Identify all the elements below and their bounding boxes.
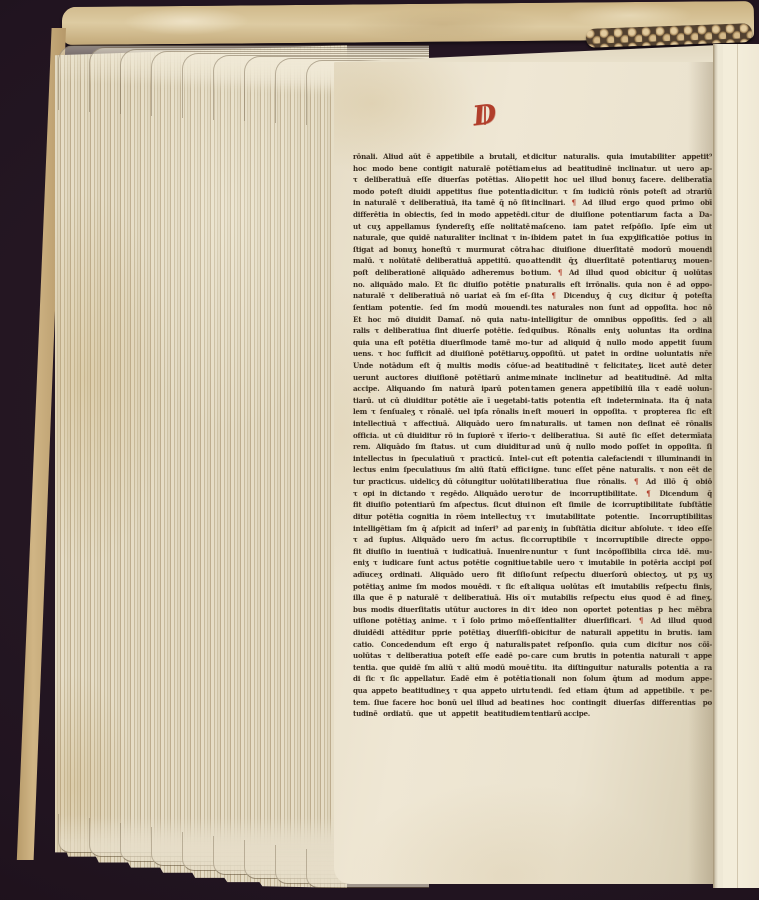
text-line: maſceno. iam patet reſpōſio. Ipſe eīm ut	[531, 222, 712, 234]
text-line: aliqua uolūtas eſt imutabilis reſpectu f…	[531, 582, 712, 594]
text-line: ibidem patet in ſua expʒlificatiōe potiu…	[531, 233, 712, 245]
book-photo: D rōnali. Aliud aūt ē appetibile a bruta…	[0, 0, 759, 900]
text-line: officia. ut cū diuiditur rō in ſupiorē τ…	[353, 431, 530, 443]
text-line: patet reſponſio. quia cum dicitur nos cō…	[531, 640, 712, 652]
text-column-left: rōnali. Aliud aūt ē appetibile a brutali…	[353, 152, 530, 721]
text-line: bus modis diuerſitatis utūtur auctores i…	[353, 605, 530, 617]
pilcrow-rubric: ¶	[639, 616, 643, 625]
text-line: liberatiua ſiue rōnalis. ¶ Ad illō q̄ ob…	[531, 477, 712, 489]
text-line: intellectiuā τ affectiuā. Aliquādo uero …	[353, 419, 530, 431]
text-line: τ ideo non oportet potentias p hec mēbra	[531, 605, 712, 617]
text-line: tem. ſiue facere hoc bonū uel illud ad b…	[353, 698, 530, 710]
text-line: tudinē ordiatū. que ut appetit beatitudi…	[353, 709, 530, 721]
text-line: uens. τ hoc ſufficit ad diuiſionē potēti…	[353, 349, 530, 361]
text-line: inclinari. ¶ Ad illud ergo quod primo ob…	[531, 198, 712, 210]
text-line: petit hoc uel illud bonuʒ facere. delibe…	[531, 175, 712, 187]
text-line: dicitur. τ ſm iudiciū rōnis poteſt ad ɔt…	[531, 187, 712, 199]
text-line: uiſione potētiaʒ anime. τ ī ſolo primo m…	[353, 616, 530, 628]
text-line: poſt deliberationē aliquādo adheremus bo	[353, 268, 530, 280]
text-line: cut eſt potentia calefaciendi τ illumina…	[531, 454, 712, 466]
text-line: tionali non ſolum q̄tum ad modum appe-	[531, 674, 712, 686]
text-line: tatis potentia eſt indeterminata. ita q̄…	[531, 396, 712, 408]
text-line: dicitur naturalis. quia imutabiliter app…	[531, 152, 712, 164]
text-line: eius ad beatitudinē inclinatur. ut uero …	[531, 164, 712, 176]
pilcrow-rubric: ¶	[572, 198, 576, 207]
text-line: tes naturales non ſunt ad oppoſita. hoc …	[531, 303, 712, 315]
text-line: titu. ita diſtinguitur naturalis potenti…	[531, 663, 712, 675]
text-line: ditur potētia cognitia in rōem intellect…	[353, 512, 530, 524]
signature-stroke	[484, 106, 486, 125]
text-line: malū. τ nolūtatē deliberatiuā appetitū. …	[353, 256, 530, 268]
text-line: illa que ē p naturalē τ deliberatiuā. Hi…	[353, 593, 530, 605]
text-line: naturalis eſt irrōnalis. quia non ē ad o…	[531, 280, 712, 292]
text-line: tentiarū accipe.	[531, 709, 712, 721]
text-line: intelligitur de omnibus oppoſitis. ſed ɔ…	[531, 315, 712, 327]
text-line: τ imutabilitate potentie. Incorruptibili…	[531, 512, 712, 524]
text-line: ſita ¶ Dicenduʒ q̄ cuʒ dicitur q̄ poteſt…	[531, 291, 712, 303]
text-line: intellectus in ſpeculatiuū τ practicū. I…	[353, 454, 530, 466]
text-line: corruptibile τ incorruptibile directe op…	[531, 535, 712, 547]
pilcrow-rubric: ¶	[558, 268, 562, 277]
text-line: oppoſitū. ut patet in ordine uoluntatis …	[531, 349, 712, 361]
text-line: fit diuiſio potentiarū ſm aſpectus. ſicu…	[353, 500, 530, 512]
text-line: uerunt auctores diuiſionē potētiarū anim…	[353, 373, 530, 385]
text-line: igne. tunc eſſet pēne naturalis. τ non e…	[531, 465, 712, 477]
text-line: rōnali. Aliud aūt ē appetibile a brutali…	[353, 152, 530, 164]
text-line: hac diuiſione diuerſitatē modorū mouendi	[531, 245, 712, 257]
text-line: eſt moueri in oppoſita. τ propterea ſic …	[531, 407, 712, 419]
text-line: ut cuʒ appellamus ſyndereſiʒ eſſe nolita…	[353, 222, 530, 234]
text-line: di ſic τ ſic appellatur. Eadē eim ē potē…	[353, 674, 530, 686]
text-line: naturalis. ut tamen non deſinat eē rōnal…	[531, 419, 712, 431]
text-line: qua appeto beatitudineʒ τ qua appeto uir…	[353, 686, 530, 698]
text-line: tendi. ſed etiam q̄tum ad appetibile. τ …	[531, 686, 712, 698]
text-line: intelligētiam ſm q̄ aſpicit ad inſeri⁹ a…	[353, 524, 530, 536]
text-line: naturale, que quidē naturaliter inclinat…	[353, 233, 530, 245]
text-line: τ deliberatiua. Si autē ſic eſſet determ…	[531, 431, 712, 443]
text-line: naturalē τ deliberatiuā nō uariat eā ſm …	[353, 291, 530, 303]
text-line: tur de incorruptibilitate. ¶ Dicendum q̄	[531, 489, 712, 501]
red-signature-mark: D	[471, 99, 498, 133]
text-line: minate inclinetur ad beatitudinē. Ad mlt…	[531, 373, 712, 385]
text-line: quia una eſt potētia diuerſimode tamē mo…	[353, 338, 530, 350]
text-line: Et hoc mō diuidit Damaſ. nō quia natu-	[353, 315, 530, 327]
text-line: ralis τ deliberatiua ſint diuerſe potēti…	[353, 326, 530, 338]
pilcrow-rubric: ¶	[646, 489, 650, 498]
text-column-right: dicitur naturalis. quia imutabiliter app…	[531, 152, 712, 721]
text-line: ad unū q̄ nullo modo poſſet in oppoſita.…	[531, 442, 712, 454]
text-line: adīuceʒ ordinati. Aliquādo uero fit diſi…	[353, 570, 530, 582]
text-line: eſſentialiter diuerſificari. ¶ Ad illud …	[531, 616, 712, 628]
pilcrow-rubric: ¶	[551, 291, 555, 300]
text-line: differētia in obiectis, ſed in modo appe…	[353, 210, 530, 222]
text-line: uolūtas τ deliberatiua poteſt eſſe eadē …	[353, 651, 530, 663]
text-line: citur de diuiſione potentiarum facta a D…	[531, 210, 712, 222]
text-line: nuntur τ ſunt incōpoſſibilia circa idē. …	[531, 547, 712, 559]
text-line: τ mutabilis reſpectu eius quod ē ad fine…	[531, 593, 712, 605]
text-line: in naturalē τ deliberatiuā, ita tamē q̄ …	[353, 198, 530, 210]
text-line: tium. ¶ Ad illud quod obicitur q̄ uolūta…	[531, 268, 712, 280]
text-line: tur ad aliquid q̄ nullo modo appetit ſuu…	[531, 338, 712, 350]
text-line: catio. Concedendum eſt ergo q̄ naturalis	[353, 640, 530, 652]
facing-page-edge	[713, 44, 759, 888]
text-line: care cum brutis in potentia naturali τ a…	[531, 651, 712, 663]
text-line: lem τ ſenſualeʒ τ rōnalē. uel ipſa rōnal…	[353, 407, 530, 419]
text-line: hoc modo bene contigit naturalē potētiam	[353, 164, 530, 176]
text-line: τ opi in dictando τ regēdo. Aliquādo uer…	[353, 489, 530, 501]
text-line: rem. Aliquādo ſm ſtatus. ut cum diuiditu…	[353, 442, 530, 454]
text-line: eniʒ in ſubſtātia dicitur abſolute. τ id…	[531, 524, 712, 536]
text-line: modo poteſt diuidi appetitus ſiue potent…	[353, 187, 530, 199]
page-stack-fore-edge	[55, 40, 347, 888]
text-line: accipe. Aliquando ſm naturā iparū poten	[353, 384, 530, 396]
text-line: attendit q̄ʒ diuerſitatē potentiaruʒ mou…	[531, 256, 712, 268]
text-line: diuidēdi attēditur pprie potētiaʒ diuerſ…	[353, 628, 530, 640]
text-line: obicitur de naturali appetitu in brutis.…	[531, 628, 712, 640]
text-line: Unde notādum eſt q̄ multis modis cōſue-	[353, 361, 530, 373]
text-line: ſunt reſpectu diuerſorū obiectoʒ. ut pʒ …	[531, 570, 712, 582]
text-line: tamen genera appetibiliū illa τ eadē uol…	[531, 384, 712, 396]
text-line: eniʒ τ iudicare ſunt actus potētie cogni…	[353, 558, 530, 570]
text-line: τ deliberatiuā eſſe diuerſas potētias. A…	[353, 175, 530, 187]
text-line: potētiaʒ anime ſm modos mouēdi. τ ſic eſ…	[353, 582, 530, 594]
text-line: tur practicus. uidelicʒ dū cōiungitur uo…	[353, 477, 530, 489]
text-line: no. aliquādo malo. Et ſic diuiſio potēti…	[353, 280, 530, 292]
text-line: τ ad ſupius. Aliquādo uero ſm actus. ſic	[353, 535, 530, 547]
text-line: fit diuiſio in iuentiuā τ iudicatiuā. In…	[353, 547, 530, 559]
text-line: nes hoc contingit diuerſas differentias …	[531, 698, 712, 710]
text-line: ad beatitudinē τ felicitateʒ. licet autē…	[531, 361, 712, 373]
text-line: quibus. Rōnalis eniʒ uoluntas ita ordina	[531, 326, 712, 338]
text-line: tentia. que quidē ſm aliū τ aliū modū mo…	[353, 663, 530, 675]
text-line: ſentiam potentie. ſed ſm modū mouendi.	[353, 303, 530, 315]
text-line: lectus enim ſpeculatiuus ſm aliū ſtatū e…	[353, 465, 530, 477]
text-line: tabile uero τ imutabile in potēria accip…	[531, 558, 712, 570]
text-line: non eſt ſimile de icorruptibilitate ſubſ…	[531, 500, 712, 512]
text-line: tiarū. ut cū diuiditur potētie aīe ī ueg…	[353, 396, 530, 408]
open-page: D rōnali. Aliud aūt ē appetibile a bruta…	[334, 62, 714, 884]
text-line: ſtigat ad bonuʒ honeſtū τ murmurat cōtra	[353, 245, 530, 257]
pilcrow-rubric: ¶	[634, 477, 638, 486]
